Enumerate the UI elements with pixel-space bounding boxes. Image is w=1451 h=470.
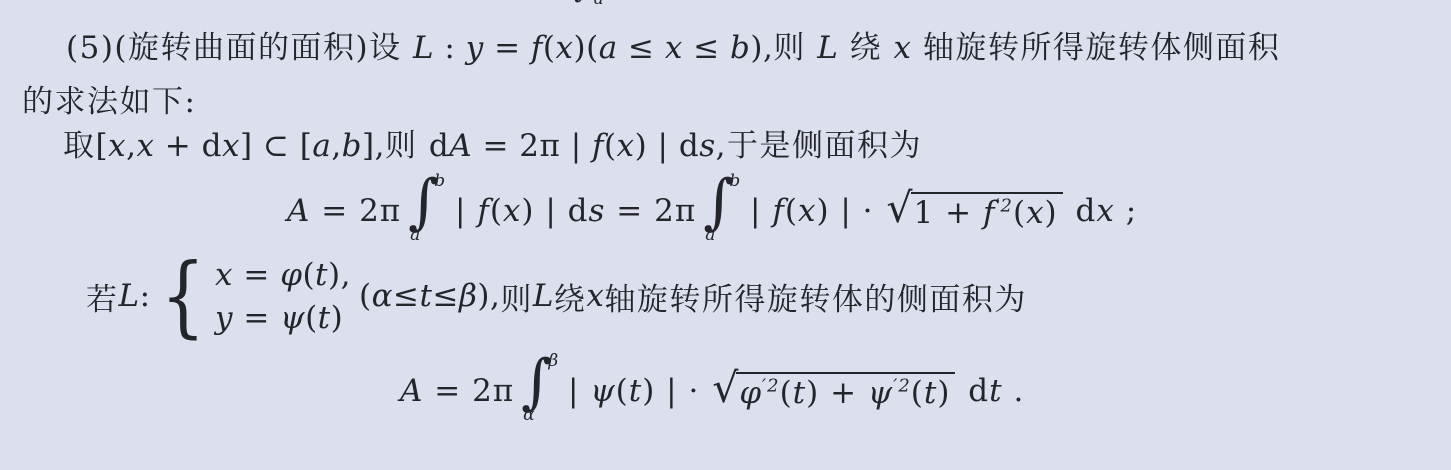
math-text: : <box>434 30 466 66</box>
math-variable: x <box>586 278 604 314</box>
display-formula-surface-area-parametric: A = 2π∫βα | ψ(t) | · √φ′2(t) + ψ′2(t) dt… <box>400 356 1024 418</box>
math-text: | <box>739 193 772 229</box>
math-text: ) <box>937 375 950 411</box>
math-variable: s <box>699 128 715 164</box>
math-variable: x <box>1026 195 1044 231</box>
radicand: φ′2(t) + ψ′2(t) <box>736 372 955 411</box>
math-variable: φ <box>280 257 302 293</box>
subscript: a <box>594 0 608 8</box>
math-variable: s <box>589 193 606 229</box>
math-variable: x <box>665 30 683 66</box>
math-text: ( <box>785 193 798 229</box>
chinese-text: 的求法如下: <box>22 84 196 120</box>
math-text: ( <box>359 278 372 314</box>
math-variable: t <box>318 300 331 336</box>
display-formula-surface-area-x: A = 2π∫ba | f(x) | ds = 2π∫ba | f(x) | ·… <box>287 176 1137 238</box>
chinese-text: 取 <box>63 128 96 164</box>
math-text: ( <box>1013 195 1026 231</box>
math-variable: x <box>617 128 635 164</box>
chinese-text: 则 <box>385 128 429 164</box>
superscript: ′2 <box>762 376 780 397</box>
cutoff-formula-text: 2∫a <box>551 0 608 8</box>
radicand: 1 + f′2(x) <box>911 192 1063 231</box>
math-variable: y <box>466 30 484 66</box>
math-text: ), <box>477 278 500 314</box>
math-text: ( <box>305 300 318 336</box>
math-text: : <box>140 278 151 314</box>
math-variable: x <box>556 30 574 66</box>
math-text: ) + <box>806 375 868 411</box>
math-variable: x <box>215 257 233 293</box>
integral-lower-limit: α <box>523 405 535 425</box>
chinese-text: 则 <box>500 274 533 319</box>
math-variable: A <box>400 373 423 409</box>
math-variable: A <box>287 193 310 229</box>
math-variable: t <box>420 278 433 314</box>
math-variable: f <box>772 193 784 229</box>
math-variable: x <box>894 30 912 66</box>
math-text: ) | · <box>816 193 884 229</box>
math-text: = <box>233 300 280 336</box>
math-text: ) | · <box>642 373 710 409</box>
math-variable: L <box>413 30 434 66</box>
chinese-text: 轴旋转所得旋转体的侧面积为 <box>604 274 1027 319</box>
math-text: = 2π <box>605 193 696 229</box>
chinese-text: 绕 <box>838 30 893 66</box>
math-text: d <box>957 373 989 409</box>
math-variable: a <box>599 30 618 66</box>
math-text: ) <box>1045 195 1058 231</box>
math-text: = <box>233 257 280 293</box>
math-text: ; <box>1115 193 1137 229</box>
math-variable: ψ <box>590 373 615 409</box>
math-text: d <box>429 128 449 164</box>
math-text: ( <box>302 257 315 293</box>
math-text: ) | d <box>521 193 588 229</box>
integral-sign: ∫ba <box>701 176 735 238</box>
chinese-text: 绕 <box>554 274 587 319</box>
integral-sign: ∫ba <box>406 176 440 238</box>
math-text: ( <box>911 375 924 411</box>
paragraph-line-1: (5)(旋转曲面的面积)设 L : y = f(x)(a ≤ x ≤ b),则 … <box>66 22 1280 67</box>
math-text: ) | d <box>635 128 700 164</box>
chinese-text: 若 <box>86 274 119 319</box>
math-variable: φ <box>739 375 762 411</box>
math-variable: f <box>592 128 604 164</box>
math-variable: L <box>533 278 554 314</box>
math-text: ), <box>328 257 351 293</box>
math-text: d <box>1065 193 1097 229</box>
cases-row: x = φ(t), <box>215 257 351 293</box>
parametric-case-line: 若 L : {x = φ(t),y = ψ(t)(α ≤ t ≤ β),则 L … <box>86 248 1027 344</box>
math-variable: L <box>817 30 838 66</box>
integral-upper-limit: b <box>434 171 446 191</box>
math-variable: x <box>798 193 816 229</box>
math-text: ( <box>490 193 503 229</box>
math-variable: α <box>372 278 393 314</box>
math-variable: x <box>1096 193 1114 229</box>
square-root: √1 + f′2(x) <box>886 192 1062 231</box>
math-text: ≤ <box>618 30 665 66</box>
integral-lower-limit: a <box>410 225 421 245</box>
math-variable: a <box>312 128 331 164</box>
superscript: ′2 <box>893 376 911 397</box>
math-text: + d <box>154 128 222 164</box>
math-variable: ψ <box>868 375 893 411</box>
math-text: , <box>331 128 341 164</box>
math-variable: t <box>989 373 1002 409</box>
math-text: | <box>557 373 590 409</box>
math-text: ≤ <box>432 278 458 314</box>
math-variable: t <box>629 373 642 409</box>
math-text: ≤ <box>683 30 730 66</box>
math-variable: b <box>342 128 362 164</box>
math-text: = 2π <box>423 373 514 409</box>
math-variable: x <box>503 193 521 229</box>
math-text: )( <box>574 30 599 66</box>
math-variable: f <box>983 195 995 231</box>
math-text: ( <box>780 375 793 411</box>
math-text: 1 + <box>914 195 983 231</box>
cases-rows: x = φ(t),y = ψ(t) <box>215 257 351 336</box>
math-variable: x <box>136 128 154 164</box>
math-text: ≤ <box>393 278 419 314</box>
chinese-text: 则 <box>773 30 817 66</box>
math-variable: β <box>459 278 477 314</box>
math-variable: ψ <box>280 300 305 336</box>
math-text: | <box>444 193 477 229</box>
cases-row: y = ψ(t) <box>215 300 351 336</box>
math-variable: y <box>215 300 233 336</box>
chinese-text: ,于是侧面积为 <box>716 128 922 164</box>
math-text: ) <box>331 300 344 336</box>
math-variable: L <box>119 278 140 314</box>
math-text: ( <box>604 128 617 164</box>
radical-glyph: √ <box>712 373 739 403</box>
left-curly-brace: { <box>160 252 205 340</box>
math-variable: t <box>793 375 806 411</box>
math-text: ), <box>750 30 773 66</box>
math-text: . <box>1003 373 1025 409</box>
math-text: [ <box>96 128 109 164</box>
math-text: 2 <box>551 0 574 5</box>
derivation-step-line: 取[x,x + dx] ⊂ [a,b],则 dA = 2π | f(x) | d… <box>63 120 922 165</box>
math-text: ∫ <box>574 0 594 5</box>
math-text: , <box>126 128 136 164</box>
superscript: ′2 <box>995 196 1013 217</box>
square-root: √φ′2(t) + ψ′2(t) <box>712 372 955 411</box>
math-text: = 2π <box>310 193 401 229</box>
math-text: = 2π | <box>472 128 592 164</box>
cases-group: {x = φ(t),y = ψ(t) <box>155 252 351 340</box>
math-variable: x <box>108 128 126 164</box>
integral-lower-limit: a <box>705 225 716 245</box>
math-text: ( <box>543 30 556 66</box>
math-variable: t <box>924 375 937 411</box>
math-variable: x <box>222 128 240 164</box>
math-variable: A <box>449 128 472 164</box>
radical-glyph: √ <box>886 193 913 223</box>
paragraph-line-2: 的求法如下: <box>22 76 196 121</box>
chinese-text: 轴旋转所得旋转体侧面积 <box>912 30 1281 66</box>
integral-sign: ∫βα <box>519 356 553 418</box>
math-variable: t <box>315 257 328 293</box>
math-text: = <box>484 30 531 66</box>
integral-upper-limit: β <box>548 351 559 371</box>
math-variable: f <box>477 193 489 229</box>
math-variable: f <box>531 30 543 66</box>
math-text: ], <box>362 128 385 164</box>
textbook-page: 2∫a (5)(旋转曲面的面积)设 L : y = f(x)(a ≤ x ≤ b… <box>0 0 1451 470</box>
chinese-text: (5)(旋转曲面的面积)设 <box>66 30 413 66</box>
integral-upper-limit: b <box>729 171 741 191</box>
math-variable: b <box>730 30 750 66</box>
math-text: ( <box>616 373 629 409</box>
top-edge-cutoff-formula-fragment: 2∫a <box>551 0 661 9</box>
math-text: ] ⊂ [ <box>240 128 312 164</box>
